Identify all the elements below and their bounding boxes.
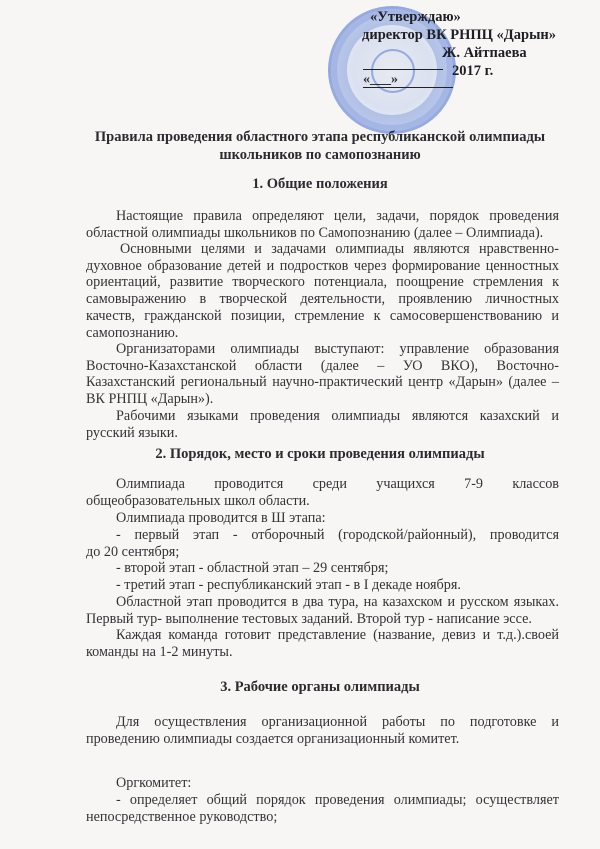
- approval-position: директор ВК РНПЦ «Дарын»: [362, 26, 556, 44]
- document-page: «Утверждаю» директор ВК РНПЦ «Дарын» Ж. …: [0, 0, 600, 849]
- section-2-stage-2: - второй этап - областной этап – 29 сент…: [86, 560, 559, 577]
- section-2-stage-3: - третий этап - республиканский этап - в…: [86, 577, 559, 594]
- section-2-paragraph-tours: Областной этап проводится в два тура, на…: [86, 594, 559, 627]
- section-2-heading: 2. Порядок, место и сроки проведения оли…: [60, 445, 580, 463]
- approval-signatory: Ж. Айтпаева: [362, 44, 556, 62]
- section-3-heading: 3. Рабочие органы олимпиады: [60, 678, 580, 696]
- section-3-paragraph-1: Для осуществления организационной работы…: [86, 714, 559, 747]
- section-2-paragraph-team: Каждая команда готовит представление (на…: [86, 627, 559, 660]
- section-1-paragraph-1: Настоящие правила определяют цели, задач…: [86, 208, 559, 241]
- section-2-paragraph-1: Олимпиада проводится среди учащихся 7-9 …: [86, 476, 559, 509]
- section-2-stage-1: - первый этап - отборочный (городской/ра…: [86, 527, 559, 560]
- approval-heading: «Утверждаю»: [362, 8, 556, 26]
- document-title: Правила проведения областного этапа респ…: [60, 128, 580, 164]
- section-1-paragraph-2: Основными целями и задачами олимпиады яв…: [86, 241, 559, 341]
- section-1-paragraph-3: Организаторами олимпиады выступают: упра…: [86, 341, 559, 408]
- signature-line: [363, 69, 443, 70]
- section-1-heading: 1. Общие положения: [60, 175, 580, 193]
- section-3-orgcommittee-duty-1: - определяет общий порядок проведения ол…: [86, 792, 559, 825]
- date-day-placeholder: «___»: [363, 72, 398, 88]
- title-line-1: Правила проведения областного этапа респ…: [60, 128, 580, 146]
- section-2-paragraph-2: Олимпиада проводится в Ш этапа:: [86, 510, 559, 527]
- section-1-paragraph-4: Рабочими языками проведения олимпиады яв…: [86, 408, 559, 441]
- section-3-orgcommittee-label: Оргкомитет:: [86, 775, 559, 792]
- title-line-2: школьников по самопознанию: [60, 146, 580, 164]
